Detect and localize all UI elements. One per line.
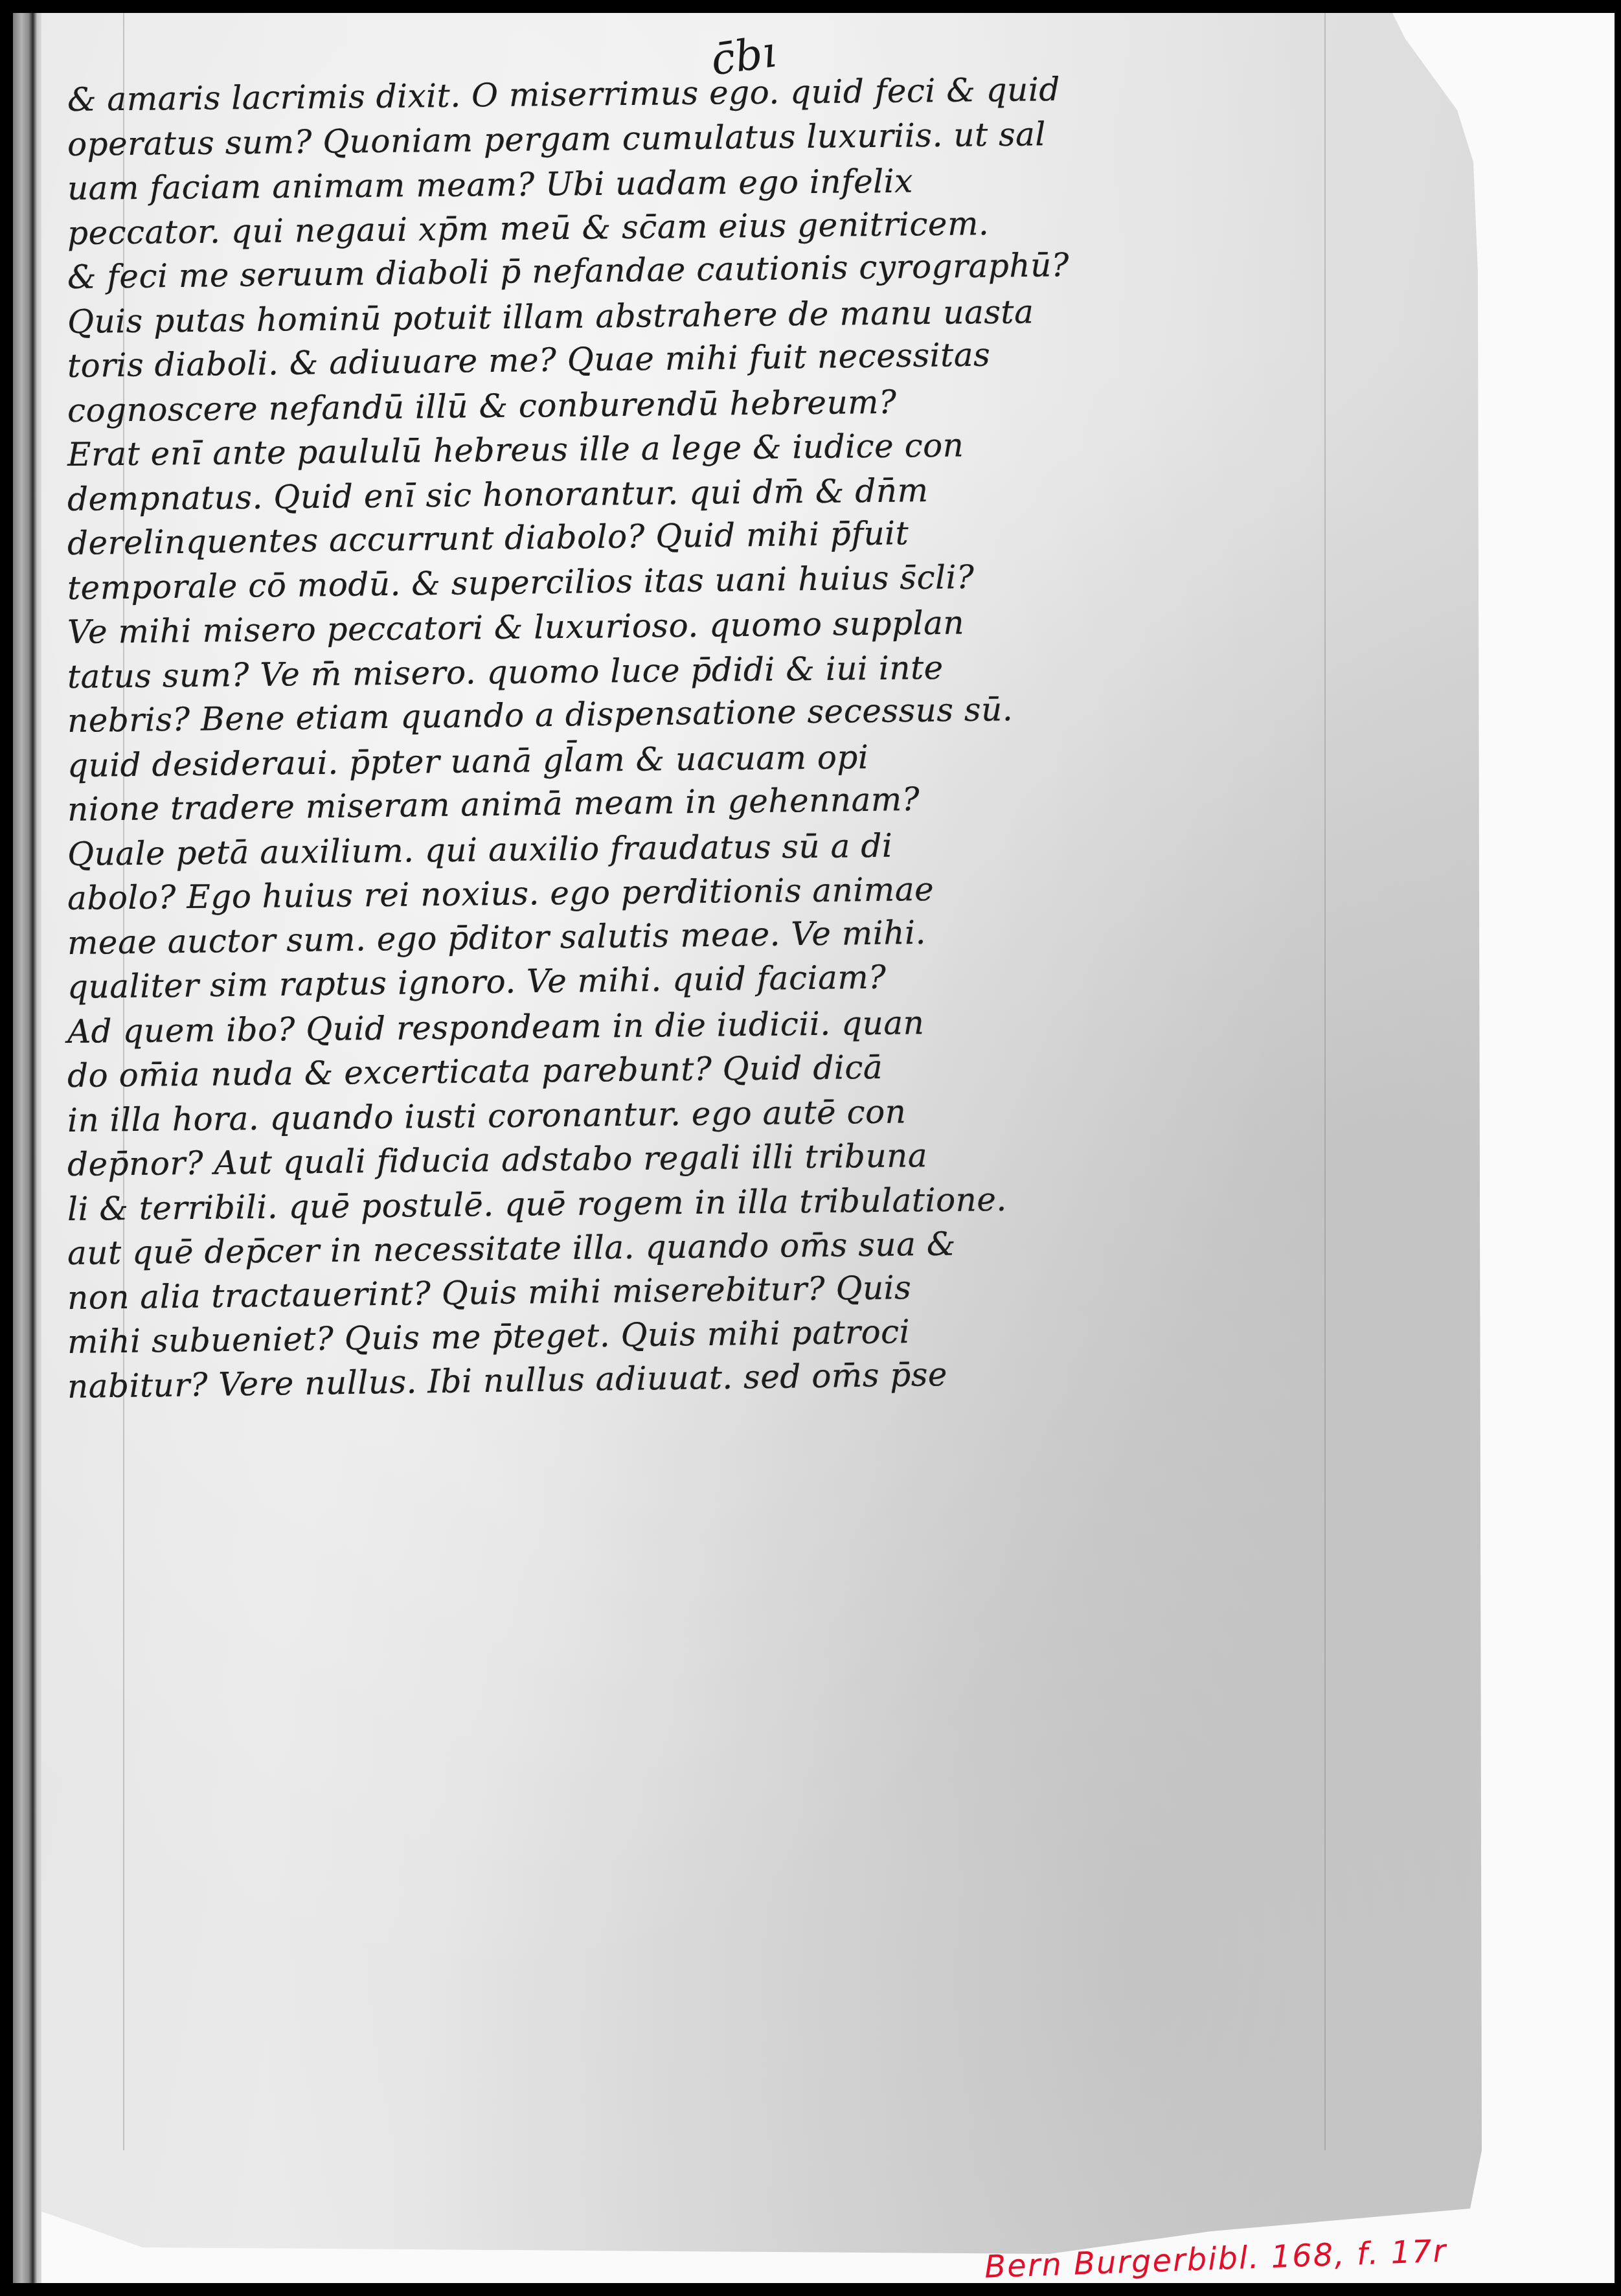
manuscript-text-block: & amaris lacrimis dixit. O miserrimus eg… [67, 78, 1311, 1409]
photograph-frame: c̄bı & amaris lacrimis dixit. O miserrim… [13, 13, 1615, 2283]
binding-edge [13, 13, 41, 2283]
ruling-line [1324, 13, 1326, 2150]
